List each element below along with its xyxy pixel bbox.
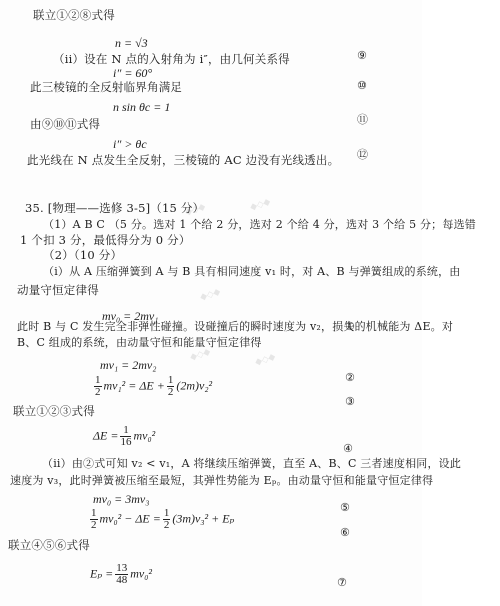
text-line: 联立①②③式得: [13, 404, 95, 418]
answer-sheet-page: ◆◇◆ ◆◇◆ ◆◇◆ ◆◇◆ ◆◇◆ 联立①②⑧式得 n = √3 （ii）设…: [0, 0, 422, 606]
equation: 12mv₀² − ΔE =12(3m)v₃² + Eₚ: [88, 508, 234, 531]
text-line: 此光线在 N 点发生全反射，三棱镜的 AC 边没有光线透出。: [27, 153, 339, 167]
watermark: ◆◇◆: [254, 352, 277, 368]
question-title: 35. [物理——选修 3-5]（15 分）: [25, 201, 204, 215]
equation: n sin θc = 1: [113, 100, 170, 114]
text-line: 联立④⑤⑥式得: [8, 538, 90, 552]
equation: Eₚ =1348mv₀²: [90, 563, 152, 586]
equation: i″ > θc: [113, 137, 147, 151]
text-line: 速度为 v₃，此时弹簧被压缩至最短，其弹性势能为 Eₚ。由动量守恒和能量守恒定律…: [10, 474, 433, 488]
equation: 12mv₁² = ΔE +12(2m)v₂²: [92, 375, 212, 398]
equation: i″ = 60°: [113, 66, 152, 80]
fraction: 12: [94, 375, 102, 398]
equation-number: ⑪: [357, 114, 368, 126]
fraction: 12: [167, 375, 175, 398]
equation: ΔE =116mv₀²: [93, 425, 155, 448]
equation-number: ③: [345, 396, 355, 408]
equation: n = √3: [115, 36, 148, 50]
text-line: （2）（10 分）: [43, 248, 122, 262]
text-line: 此三棱镜的全反射临界角满足: [30, 80, 182, 94]
fraction: 12: [163, 508, 171, 531]
text-line: B、C 组成的系统，由动量守恒和能量守恒定律得: [17, 336, 262, 350]
equation-number: ⑨: [357, 50, 367, 62]
text-line: （i）从 A 压缩弹簧到 A 与 B 具有相同速度 v₁ 时，对 A、B 与弹簧…: [43, 265, 461, 279]
equation-number: ④: [343, 443, 353, 455]
equation-number: ⑩: [357, 80, 367, 92]
text-line: （1）A B C （5 分。选对 1 个给 2 分，选对 2 个给 4 分，选对…: [43, 218, 476, 232]
equation-number: ⑥: [340, 527, 350, 539]
equation-number: ②: [345, 372, 355, 384]
text-line: （ii）设在 N 点的入射角为 i″，由几何关系得: [53, 52, 290, 66]
text-line: （ii）由②式可知 v₂ < v₁，A 将继续压缩弹簧，直至 A、B、C 三者速…: [42, 457, 461, 471]
equation: mv₁ = 2mv₂: [100, 358, 156, 372]
equation-number: ⑤: [340, 502, 350, 514]
watermark: ◆◇◆: [199, 287, 222, 303]
fraction: 12: [90, 508, 98, 531]
text-line: 联立①②⑧式得: [33, 8, 115, 22]
text-line: 1 个扣 3 分，最低得分为 0 分）: [20, 233, 191, 247]
equation-number: ⑦: [337, 577, 347, 589]
text-line: 此时 B 与 C 发生完全非弹性碰撞。设碰撞后的瞬时速度为 v₂，损失的机械能为…: [17, 320, 453, 334]
watermark: ◆◇◆: [249, 197, 272, 213]
text-line: 由⑨⑩⑪式得: [30, 117, 100, 131]
fraction: 1348: [115, 563, 128, 586]
equation-number: ⑫: [357, 149, 368, 161]
text-line: 动量守恒定律得: [17, 283, 99, 297]
fraction: 116: [120, 425, 131, 448]
equation: mv₀ = 3mv₃: [93, 492, 149, 506]
